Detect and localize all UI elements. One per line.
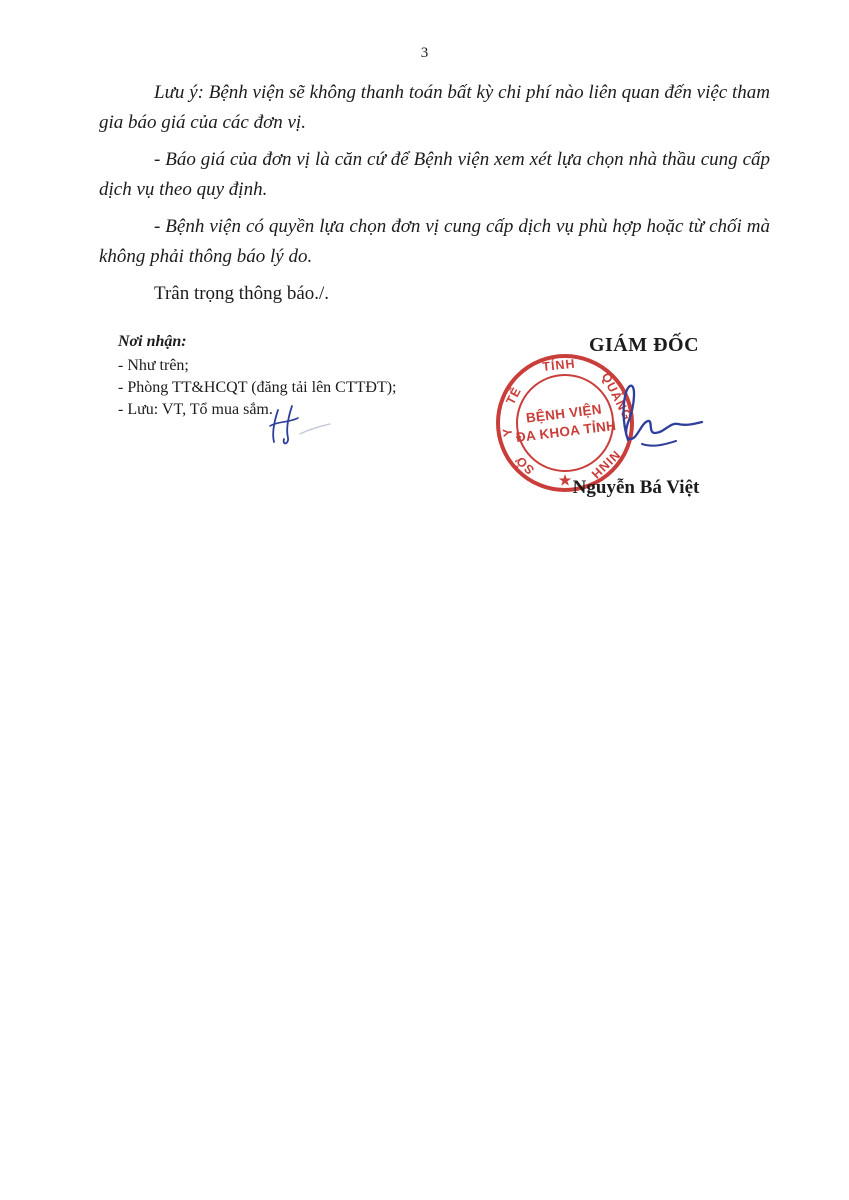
body-text: Lưu ý: Bệnh viện sẽ không thanh toán bất… bbox=[99, 78, 770, 316]
director-signature-scribble bbox=[596, 378, 716, 456]
recipient-item: - Như trên; bbox=[118, 355, 396, 377]
recipient-item: - Lưu: VT, Tổ mua sắm. bbox=[118, 399, 396, 421]
initial-stroke-right bbox=[284, 406, 292, 443]
paragraph-note: Lưu ý: Bệnh viện sẽ không thanh toán bất… bbox=[99, 78, 770, 138]
signer-title: GIÁM ĐỐC bbox=[570, 334, 718, 357]
signer-name: Nguyễn Bá Việt bbox=[556, 477, 716, 499]
recipients-block: Nơi nhận: - Như trên; - Phòng TT&HCQT (đ… bbox=[118, 331, 396, 421]
recipients-heading: Nơi nhận: bbox=[118, 331, 396, 353]
initial-faint-tail bbox=[300, 424, 330, 434]
signature-main-stroke bbox=[624, 386, 702, 440]
initial-stroke-left bbox=[273, 410, 278, 442]
stamp-ring-word-so: SỞ bbox=[512, 452, 538, 477]
initial-scribble bbox=[260, 398, 335, 448]
paragraph-quote-basis: - Báo giá của đơn vị là căn cứ để Bệnh v… bbox=[99, 145, 770, 205]
recipient-item: - Phòng TT&HCQT (đăng tải lên CTTĐT); bbox=[118, 377, 396, 399]
signature-underline-stroke bbox=[642, 441, 676, 446]
document-page: 3 Lưu ý: Bệnh viện sẽ không thanh toán b… bbox=[0, 0, 849, 1200]
paragraph-closing: Trân trọng thông báo./. bbox=[99, 279, 770, 309]
stamp-ring-word-y: Y bbox=[500, 426, 515, 437]
paragraph-right-to-choose: - Bệnh viện có quyền lựa chọn đơn vị cun… bbox=[99, 212, 770, 272]
page-number: 3 bbox=[0, 45, 849, 62]
